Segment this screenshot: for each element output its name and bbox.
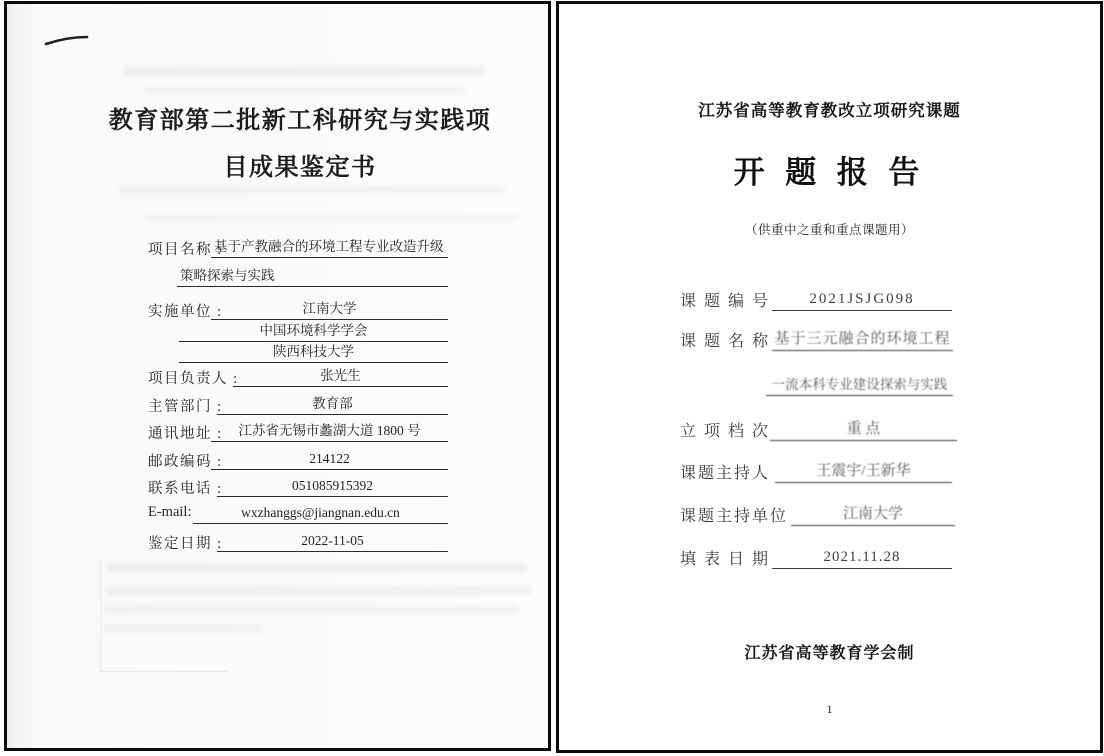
- field-label: E-mail:: [148, 504, 192, 521]
- field-value: 中国环境科学学会: [179, 320, 448, 342]
- field-label: 立 项 档 次: [680, 418, 770, 441]
- form-row-implementing-unit-3: 陕西科技大学: [7, 343, 548, 365]
- field-label: 联系电话 :: [148, 477, 223, 498]
- form-row-email: E-mail: wxzhanggs@jiangnan.edu.cn: [7, 504, 548, 526]
- report-subtitle: （供重中之重和重点课题用）: [559, 220, 1100, 238]
- form-row-project-leader: 项目负责人 : 张光生: [7, 367, 548, 389]
- bleed-artifact: [147, 214, 517, 222]
- field-value: 江南大学: [211, 298, 448, 320]
- form-row-project-name-cont: 策略探索与实践: [7, 267, 548, 289]
- form-row-postal-code: 邮政编码 : 214122: [7, 450, 548, 472]
- form-row-topic-name-cont: 一流本科专业建设探索与实践: [559, 373, 1100, 397]
- right-page-paper: 江苏省高等教育教改立项研究课题 开 题 报 告 （供重中之重和重点课题用） 课 …: [559, 4, 1100, 750]
- bleed-artifact: [100, 671, 228, 672]
- form-row-appraisal-date: 鉴定日期 : 2022-11-05: [7, 532, 548, 554]
- field-value: 基于三元融合的环境工程: [772, 328, 953, 351]
- form-row-mailing-address: 通讯地址 : 江苏省无锡市蠡湖大道 1800 号: [7, 422, 548, 444]
- field-value: 江南大学: [791, 503, 955, 526]
- field-value: 重 点: [770, 418, 957, 441]
- bleed-artifact: [125, 66, 485, 76]
- pen-stroke-mark: [43, 31, 91, 49]
- form-row-topic-name: 课 题 名 称 基于三元融合的环境工程: [559, 328, 1100, 352]
- field-value: 江苏省无锡市蠡湖大道 1800 号: [211, 420, 448, 442]
- scanned-documents-screenshot: 教育部第二批新工科研究与实践项 目成果鉴定书 项目名称 : 基于产教融合的环境工…: [0, 0, 1104, 756]
- field-value: wxzhanggs@jiangnan.edu.cn: [193, 502, 448, 524]
- field-value: 2021JSJG098: [772, 288, 952, 311]
- form-row-fill-date: 填 表 日 期 2021.11.28: [559, 546, 1100, 570]
- field-label: 课 题 编 号: [680, 288, 770, 311]
- field-value: 张光生: [233, 365, 448, 387]
- bleed-artifact: [145, 86, 465, 95]
- field-value: 王震宇/王新华: [775, 460, 952, 483]
- field-label: 鉴定日期 :: [148, 532, 223, 553]
- left-page-paper: 教育部第二批新工科研究与实践项 目成果鉴定书 项目名称 : 基于产教融合的环境工…: [7, 4, 548, 748]
- bleed-artifact: [119, 185, 504, 194]
- form-row-topic-number: 课 题 编 号 2021JSJG098: [559, 288, 1100, 312]
- field-value: 2021.11.28: [772, 546, 952, 569]
- bleed-artifact: [100, 560, 101, 672]
- report-footer: 江苏省高等教育学会制: [559, 640, 1100, 663]
- field-value: 2022-11-05: [217, 530, 448, 552]
- form-row-host-unit: 课题主持单位 江南大学: [559, 503, 1100, 527]
- field-label: 主管部门 :: [148, 395, 223, 416]
- form-row-topic-leader: 课题主持人 王震宇/王新华: [559, 460, 1100, 484]
- bleed-artifact: [107, 563, 527, 572]
- left-page-title-line1: 教育部第二批新工科研究与实践项: [53, 100, 547, 135]
- bleed-artifact: [107, 586, 532, 595]
- appraisal-cover-page: 教育部第二批新工科研究与实践项 目成果鉴定书 项目名称 : 基于产教融合的环境工…: [4, 1, 551, 751]
- field-value: 一流本科专业建设探索与实践: [766, 373, 953, 396]
- field-label: 填 表 日 期: [680, 546, 770, 569]
- field-value: 214122: [211, 448, 448, 470]
- form-row-supervising-dept: 主管部门 : 教育部: [7, 395, 548, 417]
- form-row-implementing-unit: 实施单位 : 江南大学: [7, 300, 548, 322]
- field-label: 课题主持单位: [680, 503, 788, 526]
- report-title: 开 题 报 告: [559, 147, 1100, 192]
- field-value: 陕西科技大学: [179, 341, 448, 363]
- field-label: 项目负责人 :: [148, 367, 239, 388]
- report-header: 江苏省高等教育教改立项研究课题: [559, 97, 1100, 121]
- field-value: 策略探索与实践: [177, 265, 448, 287]
- form-row-project-level: 立 项 档 次 重 点: [559, 418, 1100, 442]
- left-page-title-line2: 目成果鉴定书: [53, 147, 547, 182]
- field-label: 课 题 名 称: [680, 328, 770, 351]
- opening-report-cover-page: 江苏省高等教育教改立项研究课题 开 题 报 告 （供重中之重和重点课题用） 课 …: [556, 1, 1103, 753]
- field-value: 教育部: [217, 393, 448, 415]
- form-row-phone: 联系电话 : 051085915392: [7, 477, 548, 499]
- field-value: 基于产教融合的环境工程专业改造升级: [211, 236, 448, 258]
- bleed-artifact: [103, 605, 518, 614]
- field-value: 051085915392: [217, 475, 448, 497]
- bleed-artifact: [103, 624, 263, 633]
- field-label: 课题主持人: [680, 460, 770, 483]
- page-number: 1: [559, 702, 1100, 717]
- form-row-project-name: 项目名称 : 基于产教融合的环境工程专业改造升级: [7, 238, 548, 260]
